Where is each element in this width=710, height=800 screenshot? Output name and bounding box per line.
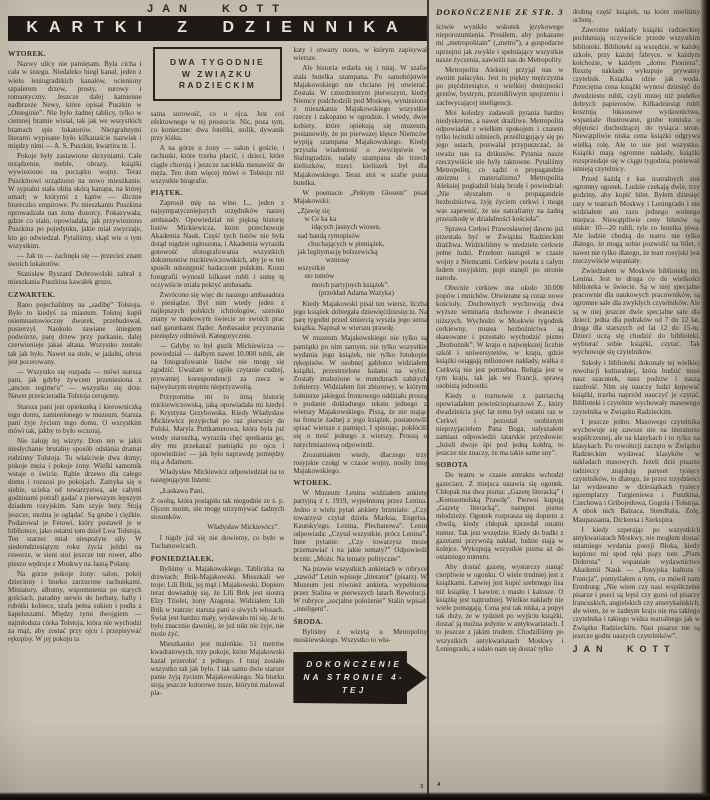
page-4-right-half: DOKOŃCZENIE ZE STR. 3-CIEJściwie wynikło… <box>436 8 700 789</box>
continuation-banner: DOKOŃCZENIE NA STRONIE 4-TEJ <box>293 651 427 704</box>
paragraph: Obecnie cerkiew ma około 30.000 popów i … <box>436 284 564 390</box>
paragraph: Kiedy Majakowski pisał ten wiersz, liczb… <box>293 300 427 333</box>
page-number-3: 3 <box>420 783 423 791</box>
paragraph: A na górze u żony — salon i goście, i ra… <box>151 144 285 185</box>
dateline-heading: CZWARTEK. <box>8 291 142 299</box>
paragraph: Byliśmy u Majakowskiego. Tabliczka na dr… <box>151 565 285 638</box>
paragraph: Moi koledzy zadawali pytania bardzo nied… <box>436 109 564 223</box>
paragraph: — Jak to — żachnęła się — przecież znam … <box>8 252 142 268</box>
dateline-heading: WTOREK. <box>293 479 427 487</box>
paragraph: W poemacie „Pełnym Głosem” pisał Majakow… <box>293 189 427 205</box>
paragraph: Nazwy ulicy nie pamiętam. Była cicha i c… <box>8 60 142 150</box>
paragraph: — Wszystko się rozpada — mówi starsza pa… <box>8 368 142 401</box>
paragraph: Sprawa Cerkwi Prawosławnej dawno już prz… <box>436 225 564 282</box>
paragraph: Przed każdą z kas teatralnych stoi ogrom… <box>573 175 701 265</box>
dateline-heading: PONIEDZIAŁEK. <box>151 555 285 563</box>
letter-signature: Władysław Mickiewicz”. <box>151 523 285 531</box>
paragraph: Byliśmy z wizytą u Metropolity moskiewsk… <box>293 628 427 644</box>
paragraph: Zwrócono się więc do naszego ambasadora … <box>151 291 285 340</box>
article-author: JAN KOTT <box>8 5 427 13</box>
paragraph: Zrozumiałem wtedy, dlaczego trzy rosyjsk… <box>293 451 427 475</box>
paragraph: Nie żałuję tej wizyty. Dom ten w jakiś n… <box>8 437 142 568</box>
paragraph: Mieszkanko jest maleńkie. 51 metrów kwad… <box>151 640 285 697</box>
dateline-heading: PIĄTEK. <box>151 189 285 197</box>
text-column-5: drobną część książek, na które mieliśmy … <box>573 8 701 789</box>
paragraph: Pokoje były zastawione skrzyniami. Całe … <box>8 152 142 250</box>
page-number-4: 4 <box>437 781 440 789</box>
article-signature: JAN KOTT <box>573 645 701 653</box>
article-title-banner: KARTKI Z DZIENNIKA <box>8 16 427 41</box>
paragraph: Aby dostać gazetę, wystarczy stanąć cier… <box>436 563 564 653</box>
paragraph: Do teatru w czasie antraktu wchodzi gaze… <box>436 471 564 561</box>
page-fold-divider <box>427 0 429 800</box>
paragraph: Metropolita Aleksiej przyjął nas w swoim… <box>436 66 564 107</box>
paragraph: Zwiedzałem w Moskwie bibliotekę im. Leni… <box>573 267 701 357</box>
continued-paragraph: ściwie wynikło wskutek językowego niepor… <box>436 23 564 64</box>
paragraph: W muzeum Majakowskiego nie tylko są pami… <box>293 334 427 448</box>
page-3-left-half: JAN KOTT KARTKI Z DZIENNIKA WTOREK.Nazwy… <box>8 5 427 779</box>
right-column-group: DOKOŃCZENIE ZE STR. 3-CIEJściwie wynikło… <box>436 8 700 789</box>
continued-paragraph: katy i otwarty notes, w którym zapisywał… <box>293 46 427 62</box>
left-column-group: WTOREK.Nazwy ulicy nie pamiętam. Była ci… <box>8 46 427 779</box>
paragraph: Stanisław Ryszard Dobrowolski zabrał z m… <box>8 270 142 286</box>
dateline-heading: SOBOTA <box>436 461 564 469</box>
paragraph: Ale historia wdarła się i tutaj. W szafi… <box>293 64 427 186</box>
paragraph: I nigdy już się nie dowiemy, co było w T… <box>151 534 285 550</box>
scan-edge-bottom <box>0 792 710 800</box>
text-column-4: DOKOŃCZENIE ZE STR. 3-CIEJściwie wynikło… <box>436 8 564 789</box>
paragraph: Rano pojechaliśmy na „sadibę” Tołstoja. … <box>8 301 142 366</box>
paragraph: „Łaskawa Pani, <box>151 487 285 495</box>
paragraph: I kiedy szperając po wszystkich antykwar… <box>573 526 701 640</box>
paragraph: Starsza pani jest opiekunką i kierownicz… <box>8 403 142 436</box>
dateline-heading: ŚRODA. <box>293 618 427 626</box>
paragraph: Na prawie wszystkich ankietach w rubryce… <box>293 565 427 614</box>
paragraph: Przypomina mi to inną historię mickiewic… <box>151 393 285 466</box>
paragraph: — Gdyby to był guzik Mickiewicza — powie… <box>151 342 285 391</box>
paragraph: Władysław Mickiewicz odpowiedział na to … <box>151 468 285 484</box>
paragraph: Na górze pokoje żony: salon, pokój dziec… <box>8 570 142 643</box>
continued-paragraph: sama surowość, co u ojca. Jest coś efekt… <box>151 110 285 143</box>
paragraph: I jeszcze jedno. Masowego czytelnika wyc… <box>573 418 701 524</box>
text-column-3: katy i otwarty notes, w którym zapisywał… <box>293 46 427 779</box>
series-title-box: DWA TYGODNIE W ZWIĄZKU RADZIECKIM <box>153 47 283 101</box>
paragraph: Zaprosił mię na wino L., jeden z najsymp… <box>151 199 285 289</box>
newspaper-scan-page: JAN KOTT KARTKI Z DZIENNIKA WTOREK.Nazwy… <box>0 0 710 800</box>
paragraph: Zawrotne nakłady książki radzieckiej poc… <box>573 26 701 173</box>
continued-paragraph: Z osobą, która postąpiła tak niegodnie z… <box>151 497 285 521</box>
paragraph: W Muzeum Lenina widziałem ankietę partyj… <box>293 489 427 562</box>
scan-edge-right <box>700 0 710 800</box>
text-column-2: DWA TYGODNIE W ZWIĄZKU RADZIECKIMsama su… <box>151 46 285 779</box>
continued-paragraph: drobną część książek, na które mieliśmy … <box>573 8 701 24</box>
continuation-header: DOKOŃCZENIE ZE STR. 3-CIEJ <box>436 8 564 16</box>
dateline-heading: WTOREK. <box>8 50 142 58</box>
text-column-1: WTOREK.Nazwy ulicy nie pamiętam. Była ci… <box>8 46 142 779</box>
poem-excerpt: „Zjawię się w Ce ka ka idących jasnych w… <box>297 207 427 297</box>
paragraph: Szkoły i biblioteki dokonały tej wielkie… <box>573 359 701 416</box>
paragraph: Kiedy o rozmowie z patriarchą opowiadałe… <box>436 392 564 457</box>
